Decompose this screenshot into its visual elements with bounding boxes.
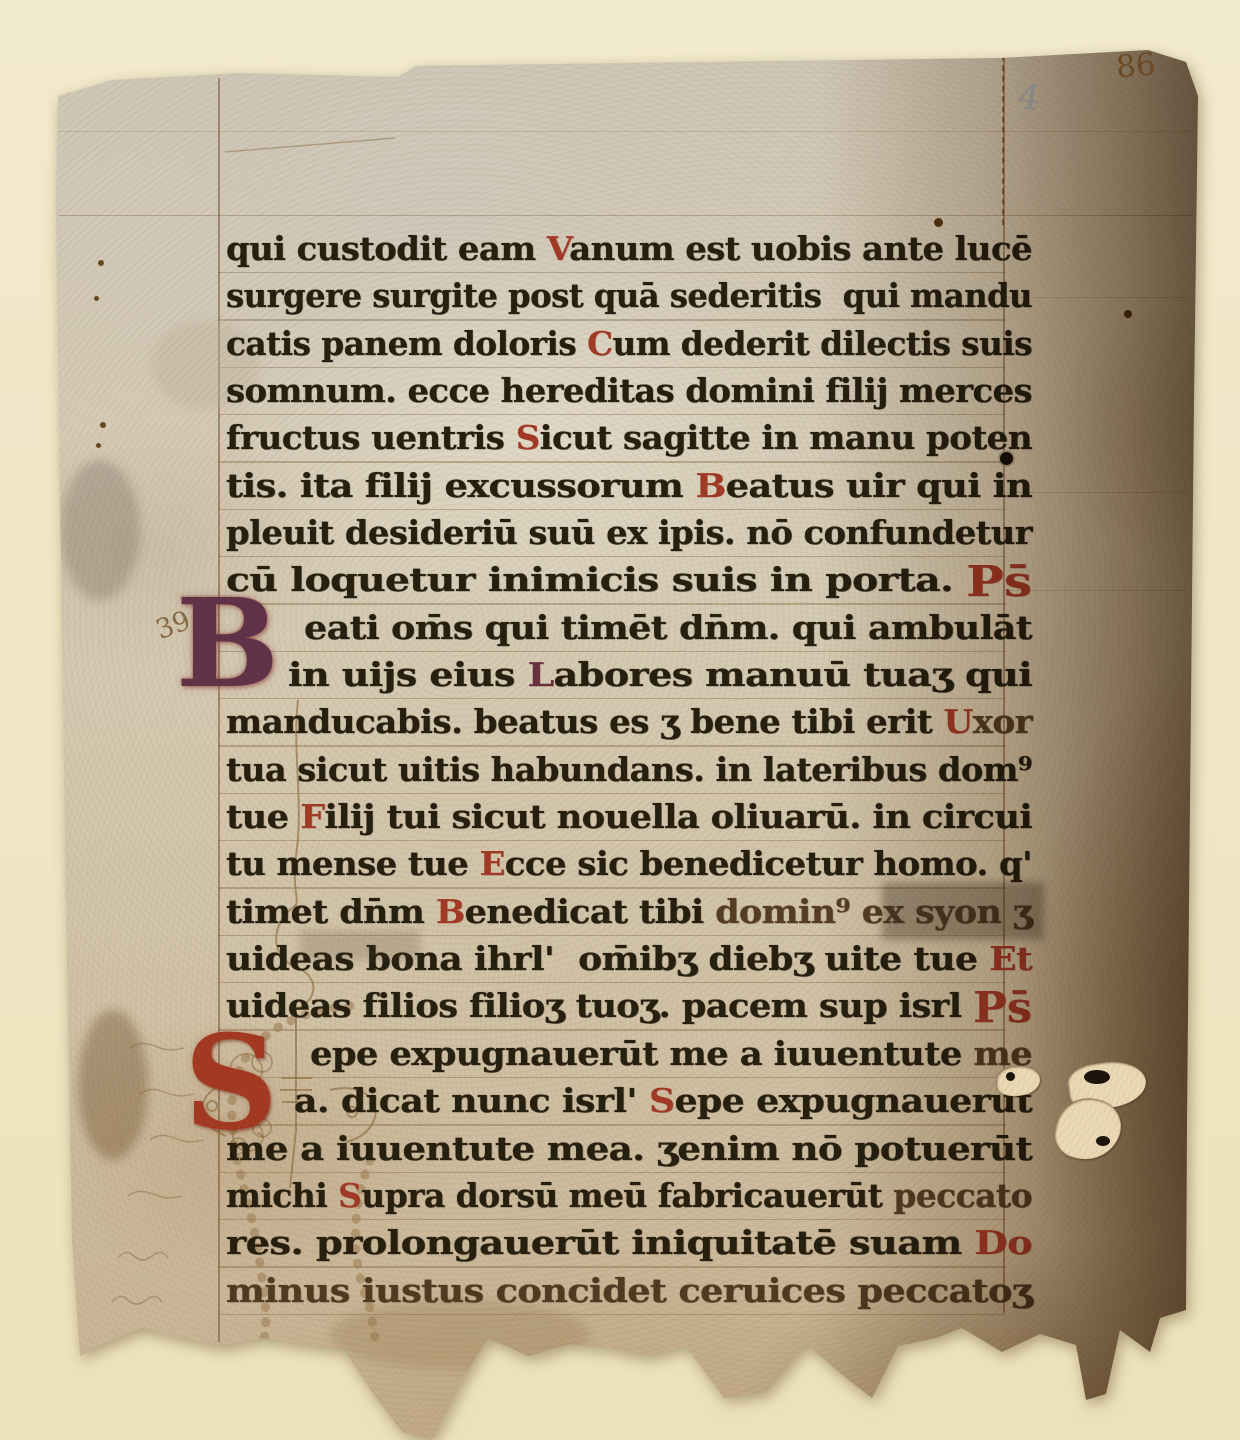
manuscript-text-line: pleuit desideriū suū ex ipis. nō confund…	[226, 510, 1011, 556]
text-segment: qui custodit eam	[226, 229, 547, 268]
text-segment: epe expugnauerūt	[674, 1081, 1032, 1120]
text-segment: ilij tui sicut nouella oliuarū. in circu…	[324, 797, 1032, 836]
text-segment: enedicat tibi	[465, 892, 715, 931]
text-segment: timet dn̄m	[226, 892, 436, 931]
text-segment: xor	[973, 702, 1032, 741]
text-segment: peccato	[893, 1176, 1032, 1215]
manuscript-text-line: me a iuuentute mea. ʒenim nō potuerūt	[226, 1126, 939, 1172]
manuscript-text-line: minus iustus concidet ceruices peccatoʒ	[226, 1268, 950, 1314]
text-segment: michi	[226, 1176, 338, 1215]
text-segment: surgere surgite post quā sederitis qui m…	[226, 276, 1032, 315]
wormhole	[934, 218, 943, 227]
rubricated-letter: Et	[989, 939, 1032, 978]
text-segment: tua sicut uitis habundans. in lateribus …	[226, 750, 1032, 789]
illuminated-initial-S: S	[184, 1018, 278, 1148]
rubricated-letter: V	[547, 229, 570, 268]
text-segment: tis. ita filij excussorum	[226, 466, 695, 505]
manuscript-text-line: qui custodit eam Vanum est uobis ante lu…	[226, 226, 1010, 272]
text-segment: minus iustus concidet ceruices peccatoʒ	[226, 1271, 1032, 1310]
text-segment: epe expugnauerūt me a iuuentute	[310, 1034, 973, 1073]
ink-smudge	[882, 882, 1044, 940]
rubricated-letter: S	[338, 1176, 361, 1215]
text-segment: anum est uobis ante lucē	[569, 229, 1032, 268]
text-segment: manducabis. beatus es ʒ bene tibi erit	[226, 702, 943, 741]
manuscript-text-line: tua sicut uitis habundans. in lateribus …	[226, 747, 1014, 793]
illuminated-initial-B: B	[176, 582, 279, 704]
parchment-page: qui custodit eam Vanum est uobis ante lu…	[0, 0, 1240, 1440]
manuscript-text-line: fructus uentris Sicut sagitte in manu po…	[226, 415, 1004, 461]
text-segment: tue	[226, 797, 300, 836]
text-segment: uideas filios filioʒ tuoʒ. pacem sup isr…	[226, 986, 973, 1025]
text-block: qui custodit eam Vanum est uobis ante lu…	[0, 0, 1240, 1440]
wormhole-in-damage	[1084, 1070, 1110, 1084]
rubricated-letter: L	[527, 655, 553, 694]
ink-folio-number: 86	[1115, 46, 1157, 85]
text-segment: icut sagitte in manu poten	[540, 418, 1032, 457]
rubricated-letter: U	[943, 702, 972, 741]
wormhole	[1124, 310, 1132, 318]
rubricated-letter: B	[436, 892, 465, 931]
text-segment: cce sic benedicetur homo. q'	[505, 844, 1032, 883]
wormhole	[1000, 452, 1013, 465]
manuscript-text-line: somnum. ecce hereditas domini filij merc…	[226, 368, 1010, 414]
text-segment: abores manuū tuaʒ qui	[554, 655, 1032, 694]
rubricated-letter: C	[587, 324, 613, 363]
text-segment: me a iuuentute mea. ʒenim nō potuerūt	[226, 1129, 1032, 1168]
text-segment: a. dicat nunc isrl'	[294, 1081, 649, 1120]
manuscript-text-line: eati om̄s qui timēt dn̄m. qui ambulāt	[304, 605, 962, 651]
parchment-leaf-wrapper: qui custodit eam Vanum est uobis ante lu…	[0, 0, 1240, 1440]
manuscript-text-line: a. dicat nunc isrl' Sepe expugnauerūt	[294, 1078, 964, 1124]
text-segment: um dederit dilectis suis	[613, 324, 1032, 363]
wormhole-in-damage	[1096, 1136, 1110, 1146]
text-segment: upra dorsū meū fabricauerūt	[361, 1176, 893, 1215]
manuscript-text-line: tis. ita filij excussorum Beatus uir qui…	[226, 463, 950, 509]
rubricated-letter: Do	[974, 1223, 1032, 1262]
text-segment: eatus uir qui in	[726, 466, 1032, 505]
pricking-hole	[100, 422, 106, 428]
rubricated-letter: Ps̄	[966, 557, 1032, 606]
rubricated-letter: S	[649, 1081, 675, 1120]
text-segment: tu mense tue	[226, 844, 479, 883]
manuscript-text-line: manducabis. beatus es ʒ bene tibi erit U…	[226, 699, 1003, 745]
text-segment: catis panem doloris	[226, 324, 587, 363]
manuscript-text-line: uideas filios filioʒ tuoʒ. pacem sup isr…	[226, 983, 981, 1029]
text-segment: somnum. ecce hereditas domini filij merc…	[226, 371, 1032, 410]
manuscript-text-line: in uijs eius Labores manuū tuaʒ qui	[288, 652, 930, 698]
manuscript-text-line: surgere surgite post quā sederitis qui m…	[226, 273, 1048, 319]
text-segment: fructus uentris	[226, 418, 516, 457]
pricking-hole	[94, 296, 99, 301]
manuscript-text-line: epe expugnauerūt me a iuuentute me	[310, 1031, 984, 1077]
text-segment: in uijs eius	[288, 655, 527, 694]
manuscript-text-line: res. prolongauerūt iniquitatē suam Do	[226, 1220, 916, 1266]
manuscript-text-line: cū loquetur inimicis suis in porta. Ps̄	[226, 557, 900, 603]
wormhole-in-damage	[1006, 1072, 1015, 1081]
pricking-hole	[98, 260, 104, 266]
manuscript-text-line: tue Filij tui sicut nouella oliuarū. in …	[226, 794, 980, 840]
text-segment: pleuit desideriū suū ex ipis. nō confund…	[226, 513, 1032, 552]
text-segment: cū loquetur inimicis suis in porta.	[226, 560, 966, 599]
text-segment: eati om̄s qui timēt dn̄m. qui ambulāt	[304, 608, 1032, 647]
rubricated-letter: S	[516, 418, 540, 457]
rubricated-letter: E	[479, 844, 504, 883]
manuscript-text-line: catis panem doloris Cum dederit dilectis…	[226, 321, 1036, 367]
pricking-hole	[96, 443, 101, 448]
rubricated-letter: Ps̄	[973, 983, 1032, 1032]
rubricated-letter: B	[695, 466, 725, 505]
rubricated-letter: F	[300, 797, 324, 836]
manuscript-text-line: tu mense tue Ecce sic benedicetur homo. …	[226, 841, 1007, 887]
ink-smudge	[300, 930, 420, 960]
manuscript-text-line: timet dn̄m Benedicat tibi domin⁹ ex syon…	[226, 889, 987, 935]
text-segment: res. prolongauerūt iniquitatē suam	[226, 1223, 974, 1262]
manuscript-text-line: michi Supra dorsū meū fabricauerūt pecca…	[226, 1173, 1032, 1219]
manuscript-photo: qui custodit eam Vanum est uobis ante lu…	[0, 0, 1240, 1440]
